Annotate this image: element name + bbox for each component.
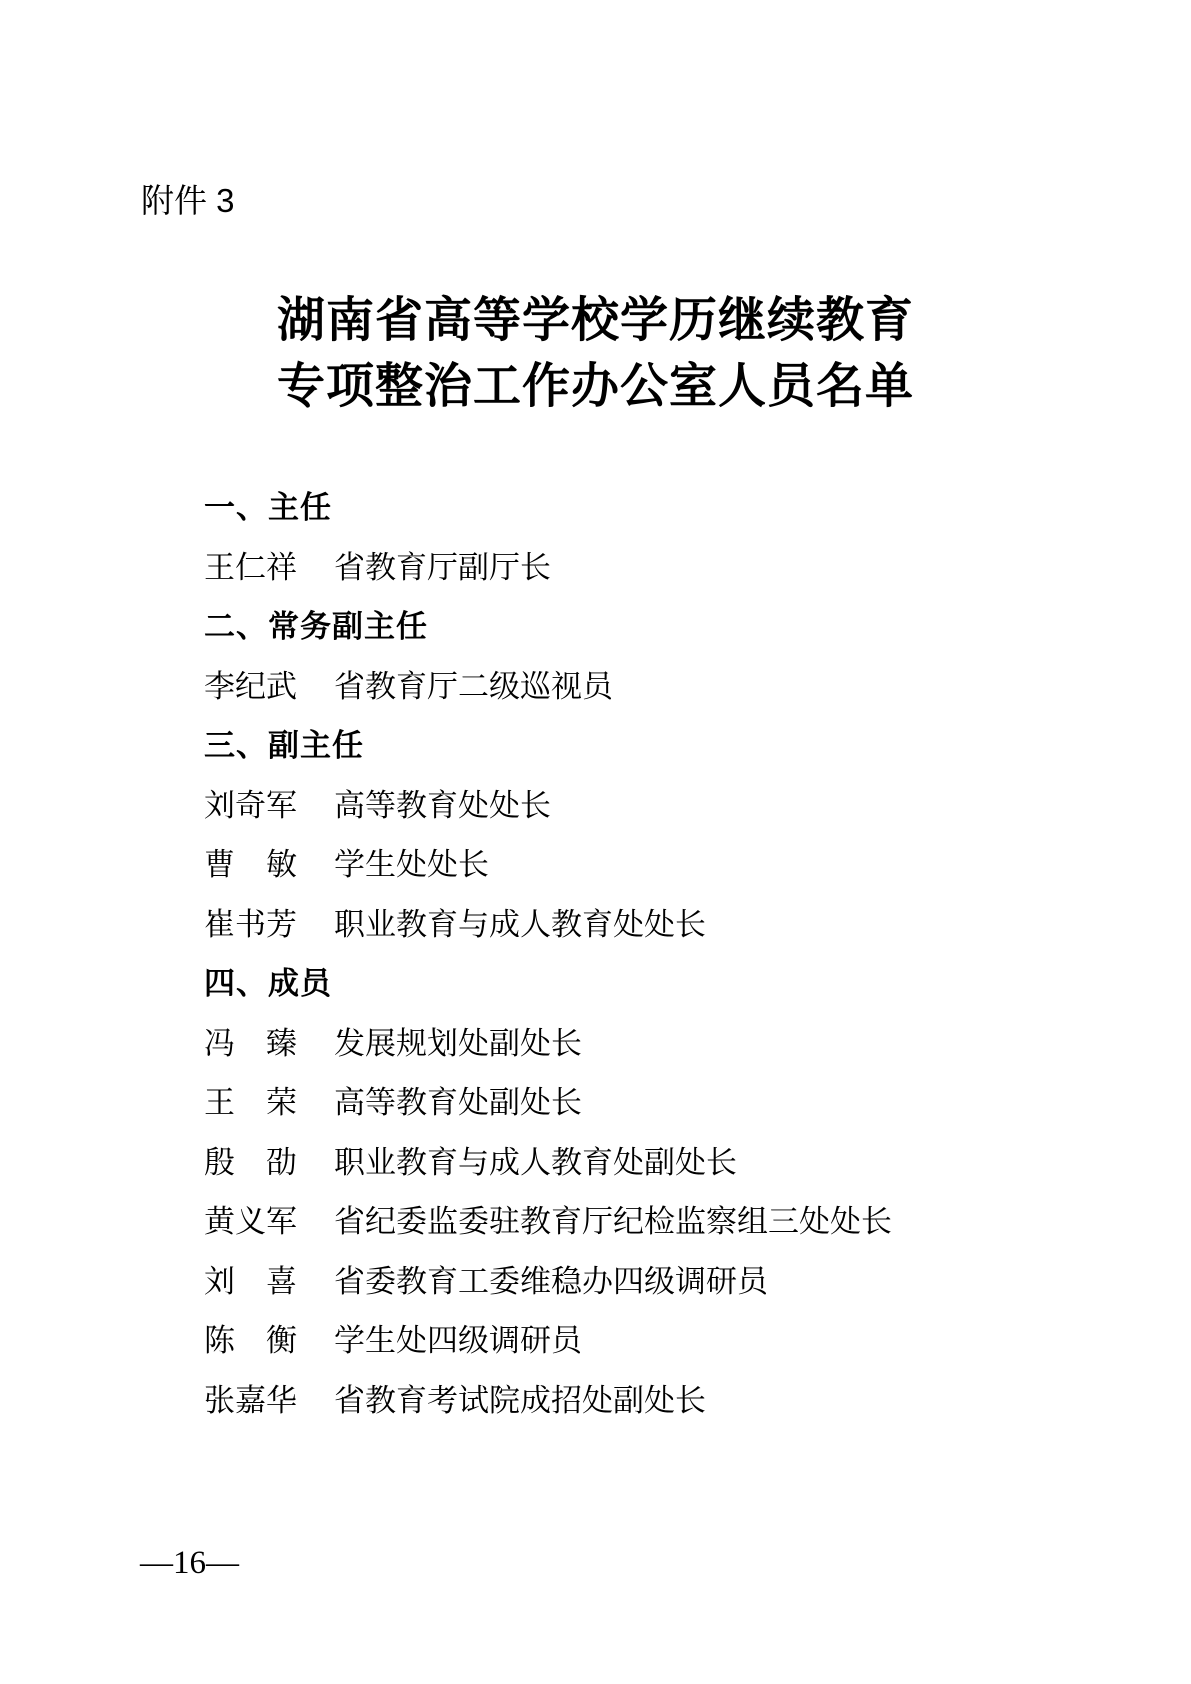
member-row: 冯 臻发展规划处副处长	[204, 1014, 1111, 1074]
member-name: 李纪武	[204, 657, 300, 717]
section-heading-executive-deputy-director: 二、常务副主任	[204, 597, 1111, 657]
member-row: 曹 敏学生处处长	[204, 835, 1111, 895]
member-post: 省委教育工委维稳办四级调研员	[334, 1264, 768, 1299]
section-heading-members: 四、成员	[204, 954, 1111, 1014]
member-row: 陈 衡学生处四级调研员	[204, 1311, 1111, 1371]
member-post: 发展规划处副处长	[334, 1026, 582, 1061]
member-post: 省教育考试院成招处副处长	[334, 1383, 706, 1418]
document-title-line-1: 湖南省高等学校学历继续教育	[0, 288, 1191, 354]
member-name: 冯 臻	[204, 1014, 300, 1074]
member-row: 王 荣高等教育处副处长	[204, 1073, 1111, 1133]
section-heading-deputy-directors: 三、副主任	[204, 716, 1111, 776]
member-name: 陈 衡	[204, 1311, 300, 1371]
member-row: 黄义军省纪委监委驻教育厅纪检监察组三处处长	[204, 1192, 1111, 1252]
member-row: 殷 劭职业教育与成人教育处副处长	[204, 1133, 1111, 1193]
document-title: 湖南省高等学校学历继续教育 专项整治工作办公室人员名单	[0, 288, 1191, 420]
member-post: 学生处四级调研员	[334, 1323, 582, 1358]
member-post: 省教育厅副厅长	[334, 550, 551, 585]
member-post: 学生处处长	[334, 847, 489, 882]
document-title-line-2: 专项整治工作办公室人员名单	[0, 354, 1191, 420]
member-name: 刘奇军	[204, 776, 300, 836]
member-name: 殷 劭	[204, 1133, 300, 1193]
member-post: 高等教育处副处长	[334, 1085, 582, 1120]
member-name: 崔书芳	[204, 895, 300, 955]
member-post: 省教育厅二级巡视员	[334, 669, 613, 704]
member-row: 刘奇军高等教育处处长	[204, 776, 1111, 836]
document-page: 附件 3 湖南省高等学校学历继续教育 专项整治工作办公室人员名单 一、主任 王仁…	[0, 0, 1191, 1684]
member-post: 高等教育处处长	[334, 788, 551, 823]
attachment-label: 附件 3	[141, 181, 235, 221]
member-name: 刘 喜	[204, 1252, 300, 1312]
member-name: 王 荣	[204, 1073, 300, 1133]
member-post: 职业教育与成人教育处副处长	[334, 1145, 737, 1180]
member-name: 黄义军	[204, 1192, 300, 1252]
personnel-list: 一、主任 王仁祥省教育厅副厅长 二、常务副主任 李纪武省教育厅二级巡视员 三、副…	[204, 478, 1111, 1430]
section-heading-director: 一、主任	[204, 478, 1111, 538]
member-name: 王仁祥	[204, 538, 300, 598]
member-name: 曹 敏	[204, 835, 300, 895]
member-row: 崔书芳职业教育与成人教育处处长	[204, 895, 1111, 955]
member-post: 职业教育与成人教育处处长	[334, 907, 706, 942]
member-row: 张嘉华省教育考试院成招处副处长	[204, 1371, 1111, 1431]
member-row: 刘 喜省委教育工委维稳办四级调研员	[204, 1252, 1111, 1312]
member-row: 王仁祥省教育厅副厅长	[204, 538, 1111, 598]
page-number: —16—	[140, 1543, 239, 1583]
member-post: 省纪委监委驻教育厅纪检监察组三处处长	[334, 1204, 892, 1239]
member-name: 张嘉华	[204, 1371, 300, 1431]
member-row: 李纪武省教育厅二级巡视员	[204, 657, 1111, 717]
